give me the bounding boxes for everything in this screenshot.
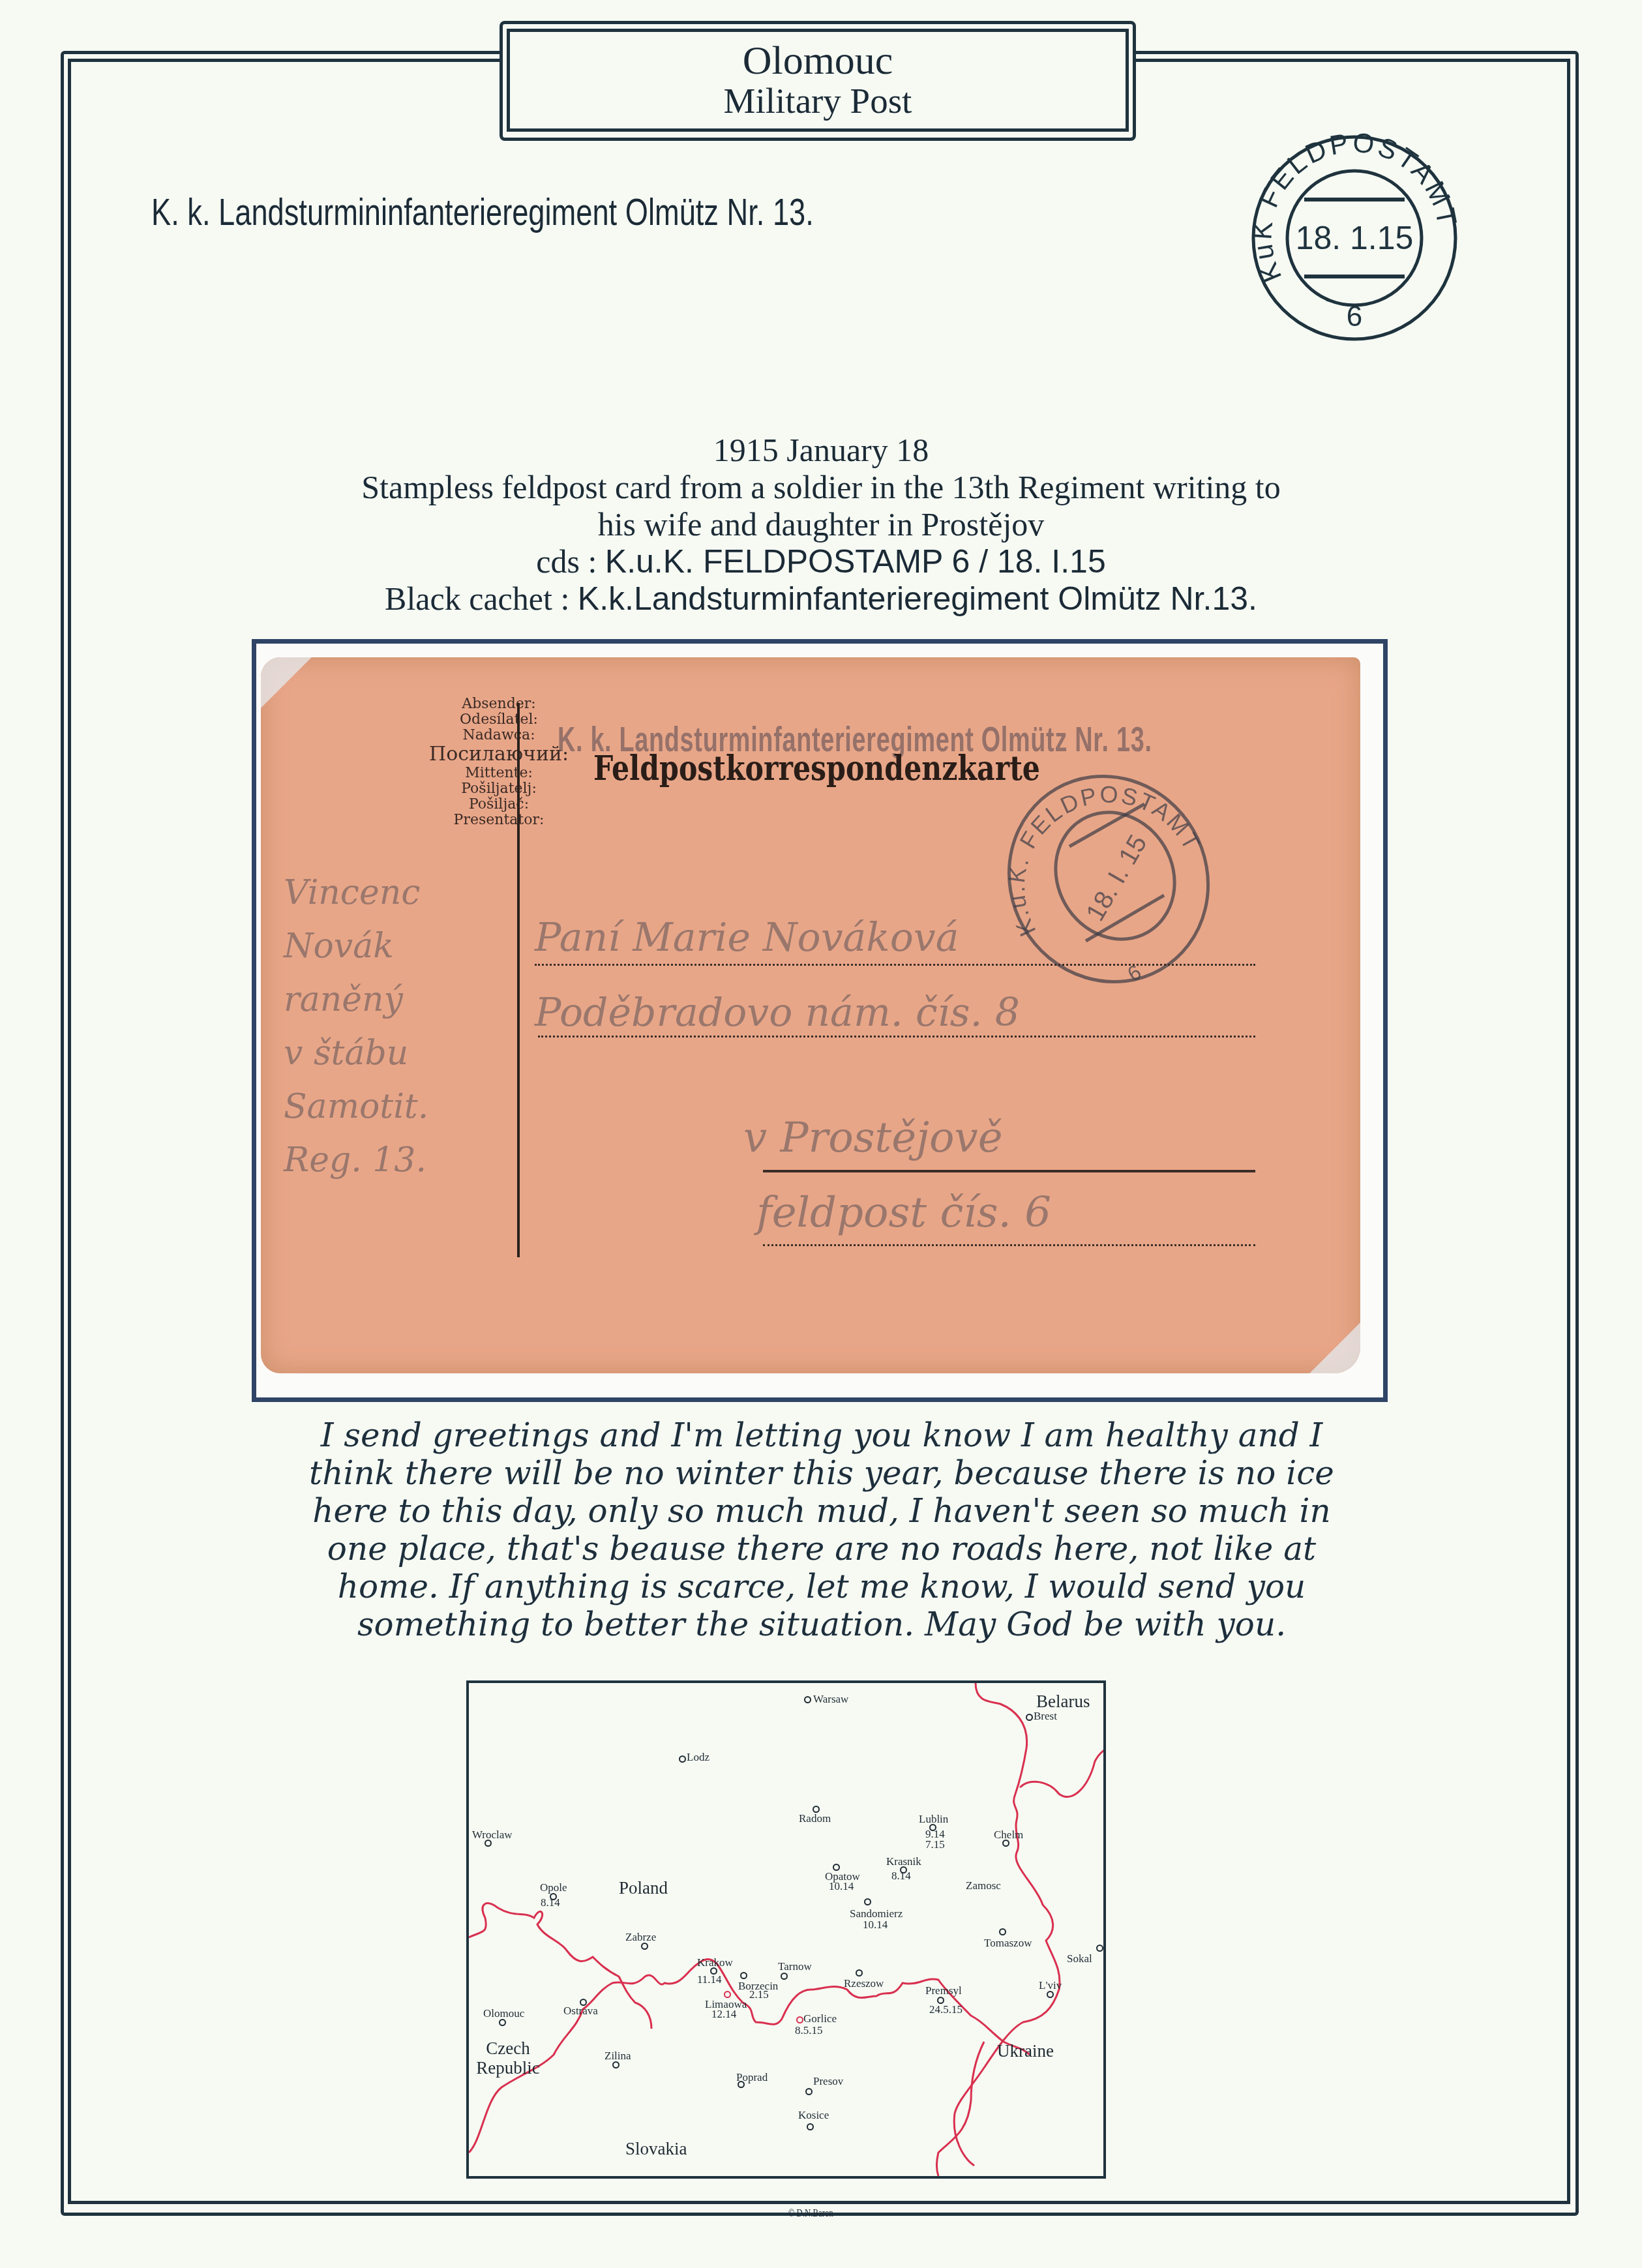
- city-ostrava: Ostrava: [563, 2005, 598, 2016]
- postmark-number: 6: [1347, 301, 1362, 333]
- city-lublin: Lublin: [919, 1813, 948, 1825]
- svg-text:KuK FELDPOSTAMT: KuK FELDPOSTAMT: [1247, 130, 1462, 287]
- city-opole: Opole: [540, 1882, 567, 1893]
- city-wroclaw: Wroclaw: [472, 1829, 513, 1840]
- city-krasnik: Krasnik: [886, 1856, 921, 1867]
- city-brest: Brest: [1034, 1710, 1057, 1722]
- city-dot: [805, 2088, 813, 2095]
- address-rule: [763, 1244, 1255, 1246]
- description-line2: his wife and daughter in Prostějov: [196, 506, 1446, 543]
- city-lodz: Lodz: [687, 1752, 709, 1763]
- city-rzeszow: Rzeszow: [844, 1978, 884, 1989]
- city-dot: [499, 2019, 506, 2026]
- page-subtitle: Military Post: [724, 82, 912, 121]
- city-krakow-date: 11.14: [697, 1974, 722, 1985]
- city-dot: [864, 1898, 871, 1905]
- border-lines: [469, 1683, 1103, 2176]
- city-dot: [612, 2061, 619, 2068]
- regiment-heading: K. k. Landsturmininfanterieregiment Olmü…: [151, 190, 814, 234]
- city-zilina: Zilina: [605, 2050, 631, 2061]
- mount-corner: [261, 657, 312, 708]
- postmark-date: 18. 1.15: [1296, 220, 1414, 256]
- campaign-map: Belarus Poland Czech Republic Ukraine Sl…: [466, 1680, 1106, 2179]
- city-limaowa-date: 12.14: [711, 2008, 736, 2020]
- mount-corner: [1309, 1322, 1360, 1373]
- city-dot: [738, 2081, 745, 2088]
- cds-value: K.u.K. FELDPOSTAMP 6 / 18. I.15: [605, 543, 1106, 580]
- city-tomaszow: Tomaszow: [984, 1937, 1032, 1948]
- description-cds: cds : K.u.K. FELDPOSTAMP 6 / 18. I.15: [196, 543, 1446, 580]
- country-slovakia: Slovakia: [625, 2140, 687, 2158]
- postmark-arc-text: KuK FELDPOSTAMT: [1247, 130, 1462, 287]
- card-title: Feldpostkorrespondenzkarte: [593, 749, 1040, 788]
- city-dot: [1096, 1945, 1103, 1952]
- city-dot: [740, 1972, 747, 1979]
- description-block: 1915 January 18 Stampless feldpost card …: [196, 432, 1446, 618]
- city-sandomierz-date: 10.14: [863, 1919, 888, 1930]
- address-line-4: feldpost čís. 6: [756, 1189, 1051, 1237]
- city-kosice: Kosice: [798, 2110, 829, 2121]
- city-tarnow: Tarnow: [778, 1961, 812, 1972]
- city-warsaw: Warsaw: [813, 1694, 848, 1705]
- country-belarus: Belarus: [1036, 1692, 1090, 1710]
- country-czech-republic: Czech Republic: [472, 2038, 544, 2078]
- sender-handwriting: Vincenc Novák raněný v štábu Samotit. Re…: [284, 866, 428, 1187]
- country-ukraine: Ukraine: [997, 2042, 1054, 2060]
- city-dot: [679, 1755, 686, 1763]
- description-line1: Stampless feldpost card from a soldier i…: [196, 469, 1446, 506]
- city-lviv: L'viv: [1039, 1980, 1062, 1991]
- address-rule: [538, 1036, 1255, 1037]
- city-dot: [781, 1973, 788, 1980]
- cachet-value: K.k.Landsturminfanterieregiment Olmütz N…: [578, 580, 1257, 617]
- card-postmark-date: 18. I. 15: [1081, 830, 1152, 926]
- city-presov: Presov: [813, 2076, 843, 2087]
- city-lublin-date: 9.14 7.15: [925, 1829, 945, 1850]
- city-dot-battle: [796, 2016, 803, 2023]
- copyright: © D.N.Baron: [788, 2208, 833, 2220]
- city-dot: [641, 1943, 648, 1950]
- city-borzecin-date: 2.15: [749, 1989, 769, 2000]
- city-dot: [804, 1696, 811, 1703]
- address-rule: [535, 964, 1255, 966]
- country-poland: Poland: [619, 1879, 668, 1897]
- postmark-icon: KuK FELDPOSTAMT 18. 1.15 6: [1247, 130, 1462, 346]
- city-dot: [1026, 1714, 1033, 1721]
- card-postmark-icon: K.u.K. FELDPOSTAMT 18. I. 15 6: [998, 768, 1219, 990]
- city-sokal: Sokal: [1067, 1953, 1092, 1964]
- city-gorlice-date: 8.5.15: [795, 2025, 823, 2036]
- city-dot: [1047, 1991, 1054, 1998]
- title-box: Olomouc Military Post: [507, 29, 1129, 132]
- address-line-1: Paní Marie Nováková: [535, 915, 959, 961]
- city-opole-date: 8.14: [541, 1897, 560, 1908]
- city-dot: [485, 1840, 492, 1847]
- address-line-2: Poděbradovo nám. čís. 8: [535, 990, 1020, 1036]
- city-dot-battle: [724, 1991, 731, 1998]
- city-zabrze: Zabrze: [625, 1932, 656, 1943]
- feldpost-card: Absender: Odesílatel: Nadawca: Посилаючи…: [261, 657, 1360, 1373]
- city-radom: Radom: [799, 1813, 831, 1824]
- city-olomouc: Olomouc: [483, 2008, 524, 2019]
- address-rule-solid: [763, 1170, 1255, 1172]
- city-dot: [1002, 1840, 1009, 1847]
- city-krasnik-date: 8.14: [891, 1870, 911, 1881]
- city-opatow-date: 10.14: [829, 1881, 854, 1892]
- city-premsyl: Premsyl: [925, 1985, 962, 1996]
- city-zamosc: Zamosc: [966, 1880, 1001, 1891]
- address-line-3: v Prostějově: [743, 1114, 1003, 1162]
- description-cachet: Black cachet : K.k.Landsturminfanteriere…: [196, 580, 1446, 618]
- city-sandomierz: Sandomierz: [850, 1908, 903, 1919]
- page-title: Olomouc: [743, 40, 893, 82]
- description-date: 1915 January 18: [196, 432, 1446, 469]
- city-dot: [807, 2123, 814, 2130]
- sender-labels: Absender: Odesílatel: Nadawca: Посилаючи…: [378, 696, 619, 828]
- city-dot: [999, 1928, 1006, 1935]
- city-chelm: Chelm: [994, 1829, 1023, 1840]
- letter-translation: I send greetings and I'm letting you kno…: [222, 1416, 1422, 1643]
- city-premsyl-date: 24.5.15: [929, 2004, 963, 2015]
- city-krakow: Krakow: [697, 1957, 733, 1968]
- city-dot: [856, 1969, 863, 1977]
- city-gorlice: Gorlice: [803, 2013, 837, 2024]
- card-divider: [517, 703, 520, 1257]
